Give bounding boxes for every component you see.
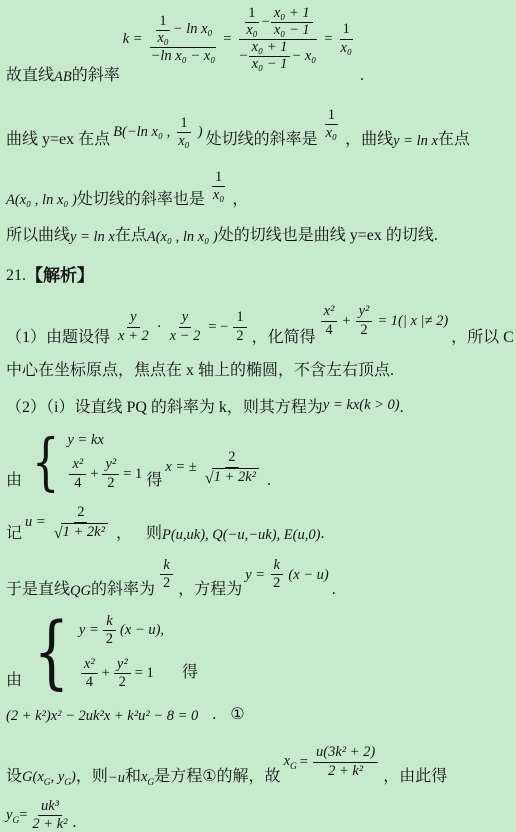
math-quadratic: (2 + k²)x² − 2uk²x + k²u² − 8 = 0	[6, 707, 198, 726]
period: .	[267, 471, 271, 492]
fraction: 1 x₀	[210, 169, 227, 205]
minus-sign: −	[262, 14, 270, 31]
formula-point-b: B(−ln x₀ , 1 x₀ )	[113, 115, 202, 151]
fraction-denominator: √ 1 + 2k²	[51, 523, 111, 541]
fraction-numerator: 1 x₀ − x₀ + 1 x₀ − 1	[239, 6, 316, 40]
equals-one: = 1	[123, 465, 142, 484]
fraction-denominator: 4	[322, 322, 335, 339]
math-y-lnx: y = ln x	[70, 228, 115, 247]
math-x-minus-u: (x − u),	[120, 621, 164, 640]
fraction-numerator: u(3k² + 2)	[313, 744, 378, 762]
line-slope-ab: 故直线 AB 的斜率 k = 1 x₀ − ln x₀ −ln x₀ − x₀ …	[6, 6, 511, 87]
text: 得	[146, 471, 162, 492]
fraction-denominator: 2	[103, 631, 116, 648]
fraction-denominator: 2	[104, 475, 117, 492]
radicand: 1 + 2k²	[212, 468, 259, 486]
fraction-numerator: k	[160, 557, 172, 575]
fraction: y² 2	[114, 656, 131, 692]
system-equation-2: x² 4 + y² 2 = 1	[67, 456, 142, 492]
fraction: y x + 2	[115, 309, 152, 345]
plus-sign: +	[342, 312, 350, 331]
math-point-a: A(x₀ , ln x₀ )	[147, 228, 218, 247]
text: ，方程为	[178, 580, 242, 601]
line-conclusion-tangent: 所以曲线 y = ln x 在点 A(x₀ , ln x₀ ) 处的切线也是曲线…	[6, 226, 511, 247]
fraction: 1 x₀	[175, 115, 192, 151]
text: ，所以 C 为	[451, 328, 516, 349]
fraction-numerator: 1	[177, 115, 190, 133]
line-yg-value: yG = uk³ 2 + k² .	[6, 798, 511, 832]
fraction-denominator: − x₀ + 1 x₀ − 1 − x₀	[236, 40, 319, 73]
equation-tag-circled-1: ①	[230, 705, 244, 726]
period: .	[332, 580, 336, 601]
fraction-numerator: x²	[321, 303, 338, 321]
fraction: x² 4	[321, 303, 338, 339]
equals-minus: = −	[208, 318, 228, 337]
subscript-g: G	[44, 778, 51, 788]
equation-system: { y = k 2 (x − u), x² 4 +	[26, 613, 164, 692]
text: 处切线的斜率是	[206, 130, 318, 151]
fraction-denominator: 2	[233, 328, 246, 345]
radicand: 1 + 2k²	[61, 523, 108, 541]
text: 的斜率为	[91, 580, 155, 601]
left-brace-icon: {	[32, 434, 60, 490]
text: 于是直线	[6, 580, 70, 601]
text: 是方程①的解，故	[154, 767, 280, 788]
subscript-g: G	[147, 778, 154, 788]
text: 和	[125, 767, 141, 788]
text: 在点	[438, 130, 470, 151]
formula-qg-equation: y = k 2 (x − u)	[245, 557, 329, 593]
line-system-1: 由 { y = kx x² 4 + y² 2 = 1 得	[6, 431, 511, 493]
text: 由	[6, 671, 22, 692]
fraction-denominator: 4	[71, 475, 84, 492]
math-points-pqe: P(u,uk), Q(−u,−uk), E(u,0)	[162, 526, 320, 545]
line-ellipse-description: 中心在坐标原点，焦点在 x 轴上的椭圆，不含左右顶点.	[6, 361, 511, 382]
equals-sign: =	[19, 806, 27, 825]
fraction-denominator: x₀	[175, 133, 192, 150]
fraction: x₀ + 1 x₀ − 1	[271, 6, 313, 39]
fraction: 1 x₀	[243, 6, 260, 39]
comma: ，	[116, 524, 132, 545]
math-term: − x₀	[291, 48, 316, 65]
subscript-g: G	[12, 816, 19, 826]
fraction: k 2	[160, 557, 173, 593]
formula-x-solution: x = ± 2 √ 1 + 2k²	[165, 449, 264, 486]
fraction-numerator: 1	[245, 6, 258, 23]
formula-xg-value: xG = u(3k² + 2) 2 + k²	[284, 744, 381, 780]
formula-slope-value: 1 x₀	[321, 107, 342, 143]
fraction-denominator: x₀ − 1	[249, 57, 291, 73]
math-term: − ln x₀	[173, 21, 213, 38]
math-point-b: B(−ln x₀ ,	[113, 123, 170, 142]
math-qg: QG	[70, 582, 91, 601]
fraction-numerator: x²	[69, 456, 86, 474]
math-line-pq-equation: y = kx(k > 0)	[323, 396, 400, 415]
fraction: 1 x₀ − ln x₀ −ln x₀ − x₀	[148, 14, 219, 65]
fraction-numerator: x₀ + 1	[271, 6, 313, 23]
line-system-2: 由 { y = k 2 (x − u), x² 4 +	[6, 613, 511, 692]
fraction-denominator: x − 2	[167, 328, 204, 345]
math-yg: yG	[6, 806, 19, 826]
fraction-numerator: 2	[225, 449, 238, 467]
problem-number: 21.	[6, 266, 26, 287]
math-u-equals: u =	[25, 513, 46, 532]
text: 处的切线也是曲线 y=ex 的切线.	[218, 226, 438, 247]
fraction-numerator: 1	[340, 21, 353, 39]
system-equation-1: y = k 2 (x − u),	[79, 613, 164, 649]
line-tangent-b: 曲线 y=ex 在点 B(−ln x₀ , 1 x₀ ) 处切线的斜率是 1 x…	[6, 107, 511, 151]
fraction: y² 2	[356, 303, 373, 339]
left-brace-icon: {	[34, 616, 70, 688]
line-tangent-a: A(x₀ , ln x₀ ) 处切线的斜率也是 1 x₀ ，	[6, 169, 511, 211]
fraction-numerator: y²	[102, 456, 119, 474]
fraction-denominator: x₀ − 1	[271, 23, 313, 39]
text: ，则	[76, 767, 108, 788]
fraction-denominator: 4	[83, 674, 96, 691]
problem-21-header: 21. 【解析】	[6, 265, 511, 287]
fraction-numerator: x₀ + 1	[249, 40, 291, 57]
fraction-denominator: −ln x₀ − x₀	[148, 48, 219, 65]
text: 设	[6, 767, 22, 788]
formula-slopes-product: y x + 2 · y x − 2 = − 1 2	[113, 309, 249, 345]
fraction-denominator: 2 + k²	[29, 816, 70, 832]
fraction-numerator: 1	[212, 169, 225, 187]
square-root: √ 1 + 2k²	[205, 468, 259, 486]
fraction: uk³ 2 + k²	[29, 798, 70, 832]
fraction-numerator: 1 x₀ − ln x₀	[150, 14, 215, 48]
math-point-g: G(xG, yG)	[22, 768, 76, 788]
text: ，化简得	[252, 328, 316, 349]
fraction-denominator: x₀	[154, 31, 171, 47]
line-quadratic-equation: (2 + k²)x² − 2uk²x + k²u² − 8 = 0 . ①	[6, 705, 511, 726]
formula-slope-value: 1 x₀	[208, 169, 229, 205]
fraction-numerator: x²	[81, 656, 98, 674]
fraction-denominator: 2	[160, 575, 173, 592]
fraction-numerator: y²	[114, 656, 131, 674]
square-root: √ 1 + 2k²	[54, 523, 108, 541]
comma: ，	[232, 190, 248, 211]
fraction: k 2	[103, 613, 116, 649]
math-y-equals: y =	[245, 566, 265, 585]
formula-ellipse-equation: x² 4 + y² 2 = 1(| x |≠ 2)	[319, 303, 449, 339]
fraction-denominator: x₀	[243, 23, 260, 39]
fraction-denominator: x₀	[323, 125, 340, 142]
text: 记	[6, 524, 22, 545]
fraction-denominator: 2	[116, 674, 129, 691]
fraction: 1 x₀	[154, 14, 171, 47]
equals-sign: =	[223, 30, 231, 49]
fraction-numerator: y	[127, 309, 139, 327]
period: .	[400, 398, 404, 419]
formula-u-definition: u = 2 √ 1 + 2k²	[25, 504, 113, 541]
equals-one: = 1	[135, 664, 154, 683]
text: 曲线	[361, 130, 393, 151]
fraction-numerator: y²	[356, 303, 373, 321]
fraction: x² 4	[69, 456, 86, 492]
math-xg: xG	[141, 768, 154, 788]
equals-sign: =	[324, 30, 332, 49]
math-y-equals: y =	[79, 621, 99, 640]
math-g-mid: , y	[51, 769, 65, 785]
math-y-lnx: y = ln x	[393, 132, 438, 151]
fraction: 1 x₀	[338, 21, 355, 57]
math-g-open: G(x	[22, 769, 44, 785]
line-define-u: 记 u = 2 √ 1 + 2k² ， 则 P(u,uk), Q(−u,−uk)…	[6, 504, 511, 545]
line-part2-setup: （2）（i）设直线 PQ 的斜率为 k，则其方程为 y = kx(k > 0) …	[6, 396, 511, 419]
plus-sign: +	[102, 664, 110, 683]
system-equation-2: x² 4 + y² 2 = 1	[79, 656, 154, 692]
fraction: x² 4	[81, 656, 98, 692]
fraction: 2 √ 1 + 2k²	[202, 449, 262, 486]
period: .	[73, 813, 77, 832]
text: （2）（i）设直线 PQ 的斜率为 k，则其方程为	[6, 398, 323, 419]
text: 所以曲线	[6, 226, 70, 247]
text: 在点	[115, 226, 147, 247]
math-k-equals: k =	[123, 30, 143, 49]
fraction: y x − 2	[167, 309, 204, 345]
fraction-numerator: 1	[325, 107, 338, 125]
fraction-numerator: k	[103, 613, 115, 631]
fraction-numerator: y	[179, 309, 191, 327]
fraction: 1 x₀	[323, 107, 340, 143]
period: .	[360, 66, 364, 87]
fraction-numerator: uk³	[38, 798, 62, 816]
equation-system: { y = kx x² 4 + y² 2 = 1	[26, 431, 142, 493]
fraction-numerator: 1	[233, 309, 246, 327]
system-equation-1: y = kx	[67, 431, 103, 450]
text: 中心在坐标原点，焦点在 x 轴上的椭圆，不含左右顶点.	[6, 361, 394, 382]
fraction: 1 x₀ − x₀ + 1 x₀ − 1 − x₀ + 1 x₀ − 1	[236, 6, 319, 73]
fraction: 2 √ 1 + 2k²	[51, 504, 111, 541]
fraction-denominator: 2	[357, 322, 370, 339]
text: 故直线	[6, 66, 54, 87]
fraction-numerator: k	[271, 557, 283, 575]
text: 的斜率	[72, 66, 120, 87]
fraction: k 2	[270, 557, 283, 593]
math-point-a: A(x₀ , ln x₀ )	[6, 191, 77, 210]
line-qg-slope: 于是直线 QG 的斜率为 k 2 ，方程为 y = k 2 (x − u) .	[6, 557, 511, 601]
fraction-numerator: 2	[74, 504, 87, 522]
text: （1）由题设得	[6, 328, 110, 349]
text: ，由此得	[383, 767, 447, 788]
analysis-label: 【解析】	[26, 265, 94, 287]
text: 处切线的斜率也是	[77, 190, 205, 211]
fraction-denominator: x + 2	[115, 328, 152, 345]
dot-operator: ·	[157, 318, 162, 337]
minus-sign: −	[239, 48, 247, 65]
system-rows: y = kx x² 4 + y² 2 = 1	[65, 431, 142, 493]
math-x-minus-u: (x − u)	[288, 566, 328, 585]
line-part1-derivation: （1）由题设得 y x + 2 · y x − 2 = − 1 2 ，化简得 x…	[6, 303, 511, 349]
fraction-denominator: 2	[270, 575, 283, 592]
text: 由	[6, 471, 22, 492]
period: .	[212, 705, 216, 726]
text: 曲线 y=ex 在点	[6, 130, 110, 151]
fraction: x₀ + 1 x₀ − 1	[249, 40, 291, 73]
equals-sign: =	[300, 753, 308, 772]
plus-sign: +	[90, 465, 98, 484]
equals-condition: = 1(| x |≠ 2)	[377, 312, 448, 331]
system-rows: y = k 2 (x − u), x² 4 + y² 2	[77, 613, 164, 692]
formula-k-over-2: k 2	[158, 557, 175, 593]
fraction: 1 2	[233, 309, 246, 345]
subscript-g: G	[290, 762, 297, 772]
formula-slope-k: k = 1 x₀ − ln x₀ −ln x₀ − x₀ = 1 x₀	[123, 6, 357, 73]
text: 则	[146, 524, 162, 545]
line-solve-xg: 设 G(xG, yG) ，则 −u 和 xG 是方程①的解，故 xG = u(3…	[6, 744, 511, 788]
math-x-plusminus: x = ±	[165, 458, 196, 477]
math-ab: AB	[54, 68, 72, 87]
comma: ，	[345, 130, 361, 151]
fraction-denominator: x₀	[338, 40, 355, 57]
document: 故直线 AB 的斜率 k = 1 x₀ − ln x₀ −ln x₀ − x₀ …	[0, 0, 516, 832]
math-minus-u: −u	[108, 769, 125, 788]
close-paren: )	[198, 123, 203, 142]
period: .	[320, 524, 324, 545]
fraction-denominator: 2 + k²	[325, 763, 366, 780]
fraction: y² 2	[102, 456, 119, 492]
fraction-denominator: x₀	[210, 187, 227, 204]
fraction-denominator: √ 1 + 2k²	[202, 468, 262, 486]
fraction-numerator: 1	[156, 14, 169, 31]
math-xg: xG	[284, 752, 297, 772]
fraction: u(3k² + 2) 2 + k²	[313, 744, 378, 780]
text: 得	[182, 663, 198, 684]
